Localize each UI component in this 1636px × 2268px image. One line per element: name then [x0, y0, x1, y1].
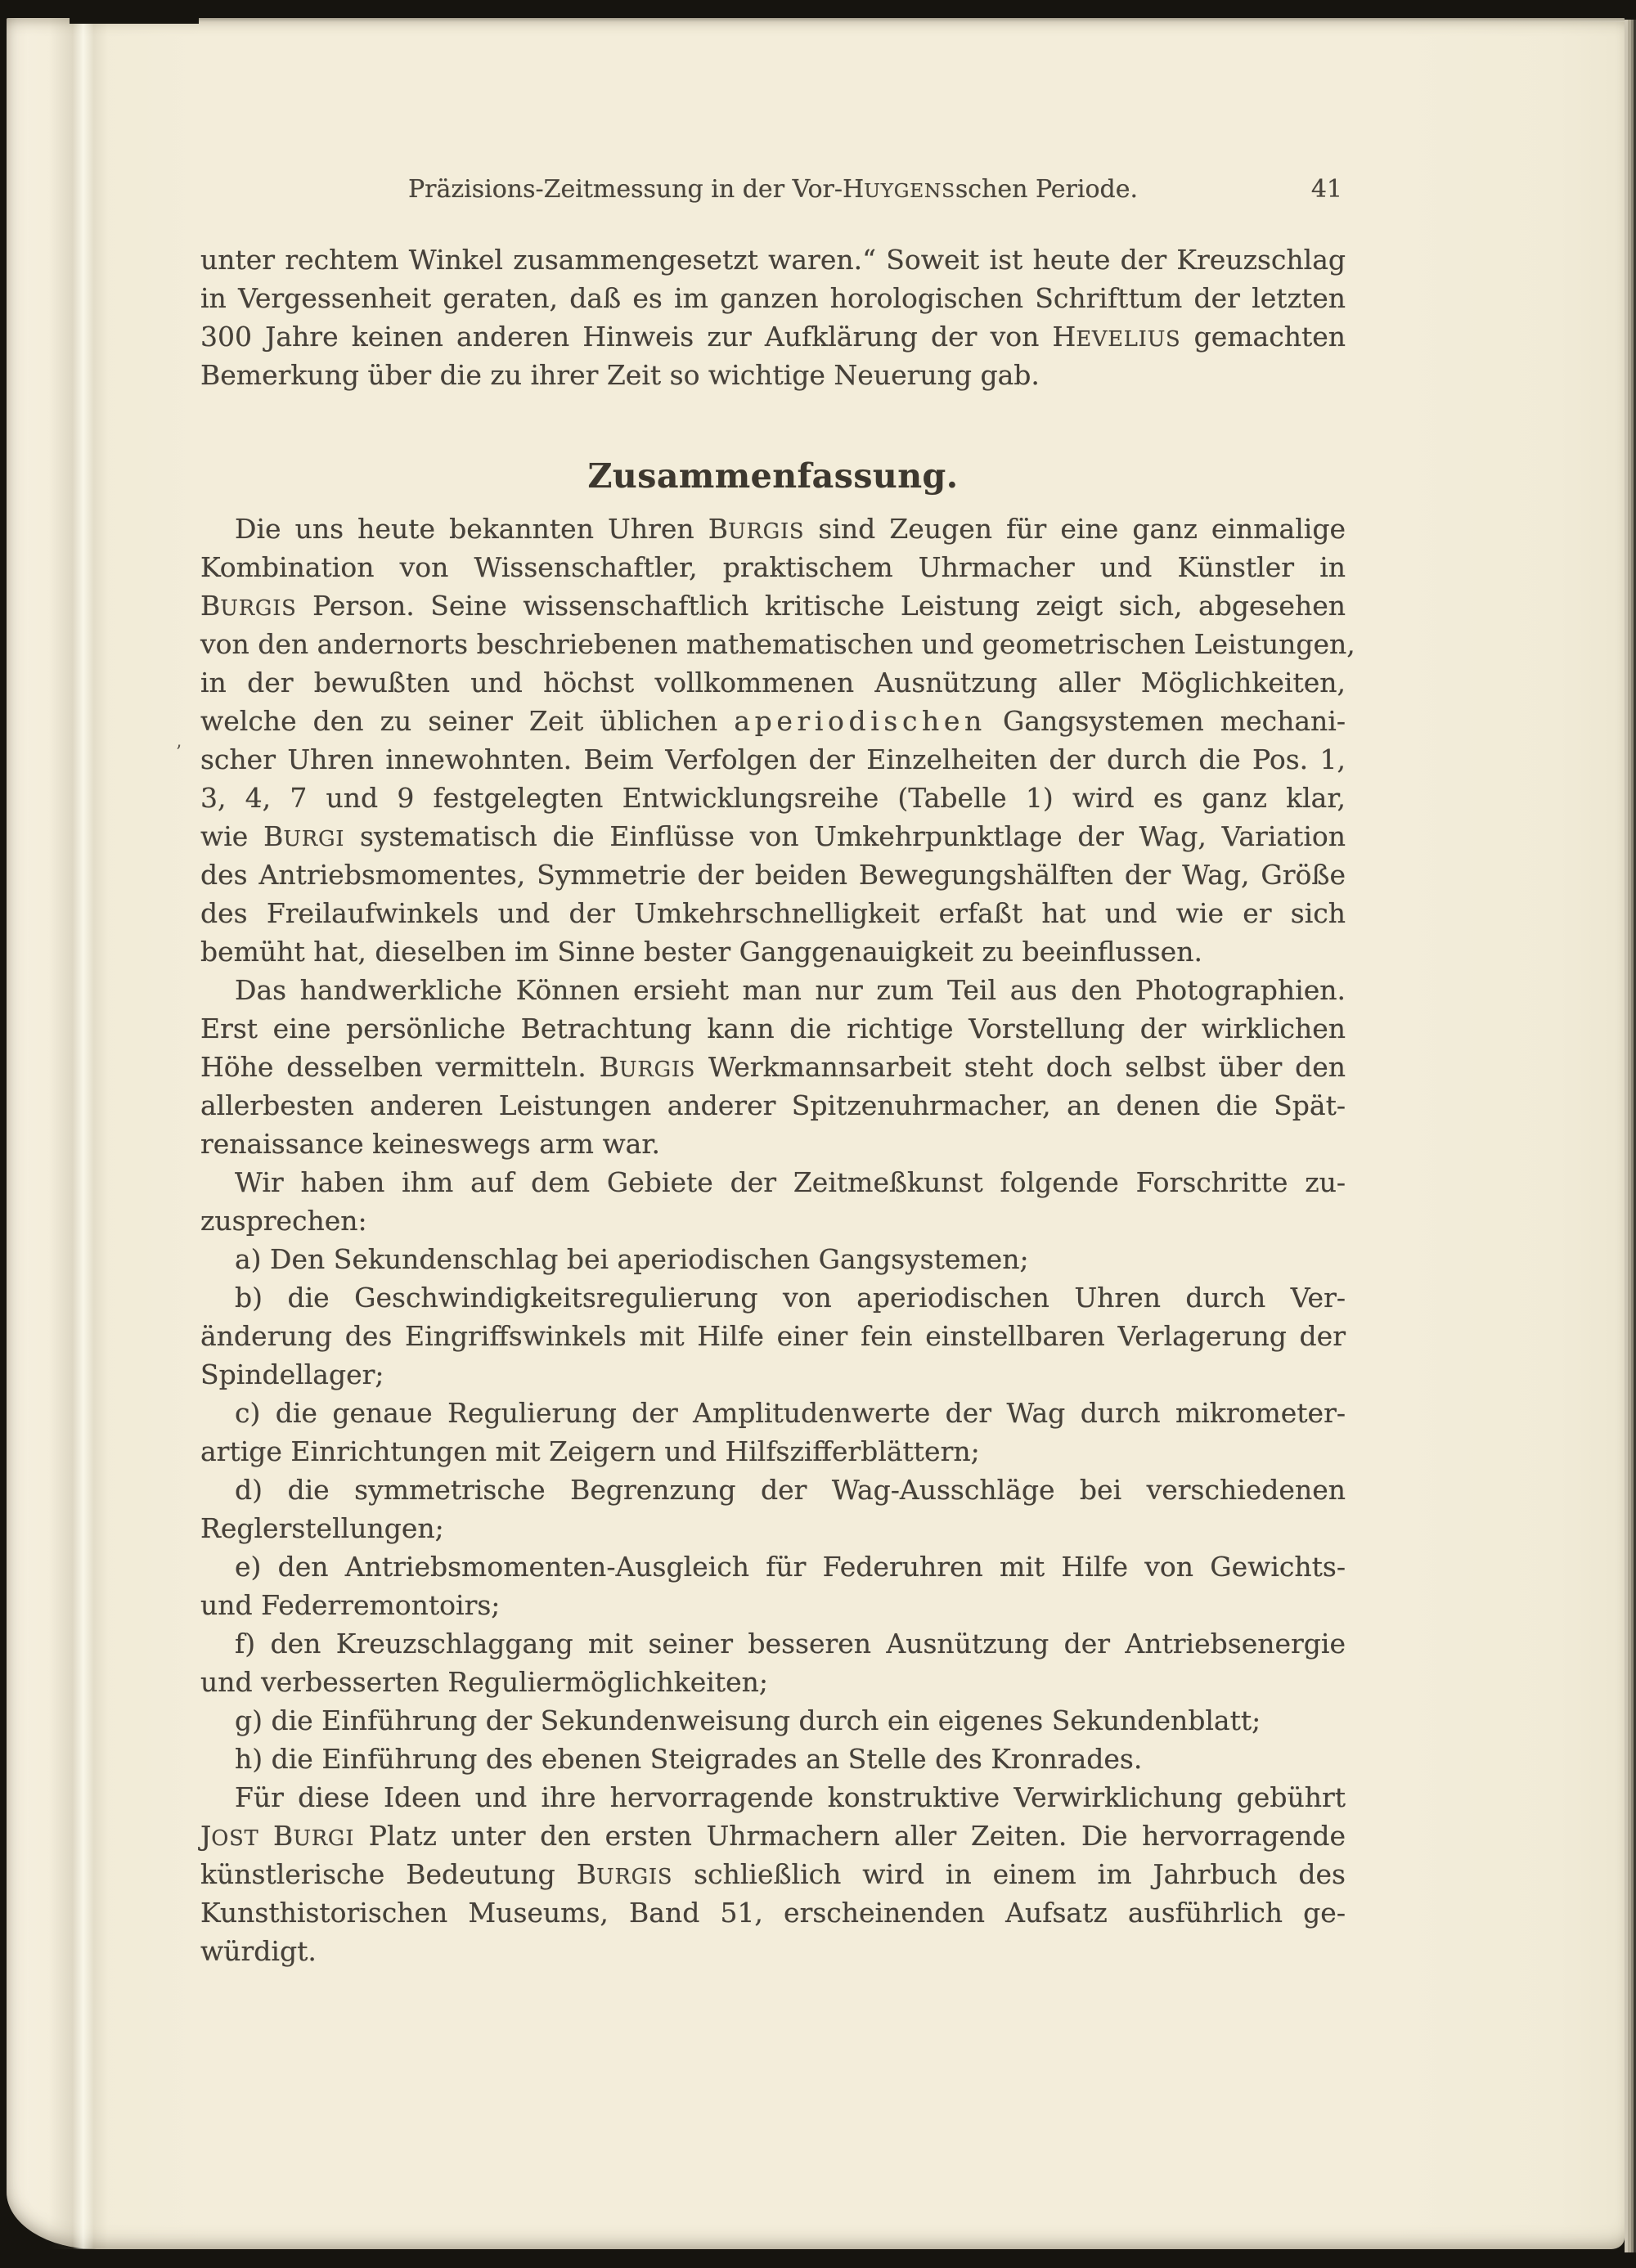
scan-top-bar-notch — [70, 0, 199, 24]
text-line: a) Den Sekundenschlag bei aperiodischen … — [200, 1240, 1346, 1278]
text-line: änderung des Eingriffswinkels mit Hilfe … — [200, 1317, 1346, 1355]
text-line: Reglerstellungen; — [200, 1509, 1346, 1547]
running-header-title: Präzisions-Zeitmessung in der Vor-Huygen… — [408, 175, 1138, 204]
text-line: welche den zu seiner Zeit üblichen aperi… — [200, 702, 1346, 740]
text-line: g) die Einführung der Sekundenweisung du… — [200, 1701, 1346, 1740]
page-number: 41 — [1311, 170, 1342, 209]
text-line: Kunsthistorischen Museums, Band 51, ersc… — [200, 1893, 1346, 1932]
text-line: Spindellager; — [200, 1355, 1346, 1394]
text-line: Höhe desselben vermitteln. Burgis Werkma… — [200, 1048, 1346, 1086]
closing-paragraph: Für diese Ideen und ihre hervorragende k… — [200, 1778, 1346, 1970]
letterspaced-word: aperiodischen — [734, 705, 987, 737]
text-line: und Federremontoirs; — [200, 1586, 1346, 1624]
small-caps-name: Jost — [200, 1820, 258, 1852]
text-line: würdigt. — [200, 1932, 1346, 1970]
text-line: künstlerische Bedeutung Burgis schließli… — [200, 1855, 1346, 1893]
stray-ink-mark: ’ — [176, 743, 182, 763]
achievement-d: d) die symmetrische Begrenzung der Wag-A… — [200, 1471, 1346, 1547]
text-line: artige Einrichtungen mit Zeigern und Hil… — [200, 1432, 1346, 1471]
text-line: Das handwerkliche Können ersieht man nur… — [200, 971, 1346, 1009]
text-line: Erst eine persönliche Betrachtung kann d… — [200, 1009, 1346, 1048]
continuation-paragraph: unter rechtem Winkel zusammengesetzt war… — [200, 240, 1346, 394]
text-line: Für diese Ideen und ihre hervorragende k… — [200, 1778, 1346, 1817]
text-line: Wir haben ihm auf dem Gebiete der Zeitme… — [200, 1163, 1346, 1201]
small-caps-name: Burgis — [577, 1858, 673, 1890]
text-line: e) den Antriebsmomenten-Ausgleich für Fe… — [200, 1547, 1346, 1586]
text-line: wie Burgi systematisch die Einflüsse von… — [200, 817, 1346, 856]
section-heading: Zusammenfassung. — [200, 456, 1346, 496]
text-line: in der bewußten und höchst vollkommenen … — [200, 663, 1346, 702]
achievement-e: e) den Antriebsmomenten-Ausgleich für Fe… — [200, 1547, 1346, 1624]
text-line: d) die symmetrische Begrenzung der Wag-A… — [200, 1471, 1346, 1509]
text-line: renaissance keineswegs arm war. — [200, 1125, 1346, 1163]
achievement-f: f) den Kreuzschlaggang mit seiner besser… — [200, 1624, 1346, 1701]
achievement-b: b) die Geschwindigkeitsregulierung von a… — [200, 1278, 1346, 1394]
body-text: unter rechtem Winkel zusammengesetzt war… — [200, 240, 1346, 1970]
text-line: und verbesserten Reguliermöglichkeiten; — [200, 1663, 1346, 1701]
achievements-intro: Wir haben ihm auf dem Gebiete der Zeitme… — [200, 1163, 1346, 1240]
text-line: Burgis Person. Seine wissenschaftlich kr… — [200, 586, 1346, 625]
small-caps-name: Hevelius — [1053, 321, 1181, 353]
running-header: Präzisions-Zeitmessung in der Vor-Huygen… — [200, 170, 1346, 209]
book-scan: Präzisions-Zeitmessung in der Vor-Huygen… — [0, 0, 1636, 2268]
text-line: Die uns heute bekannten Uhren Burgis sin… — [200, 510, 1346, 548]
text-line: h) die Einführung des ebenen Steigrades … — [200, 1740, 1346, 1778]
book-page: Präzisions-Zeitmessung in der Vor-Huygen… — [7, 18, 1625, 2249]
achievement-a: a) Den Sekundenschlag bei aperiodischen … — [200, 1240, 1346, 1278]
text-line: Jost Burgi Platz unter den ersten Uhrmac… — [200, 1817, 1346, 1855]
small-caps-name: Burgis — [200, 590, 297, 622]
text-line: f) den Kreuzschlaggang mit seiner besser… — [200, 1624, 1346, 1663]
achievement-c: c) die genaue Regulierung der Amplituden… — [200, 1394, 1346, 1471]
small-caps-name: Burgis — [600, 1051, 696, 1083]
small-caps-name: Burgis — [708, 513, 805, 545]
text-line: c) die genaue Regulierung der Amplituden… — [200, 1394, 1346, 1432]
text-line: des Antriebsmomentes, Symmetrie der beid… — [200, 856, 1346, 894]
text-line: Bemerkung über die zu ihrer Zeit so wich… — [200, 356, 1346, 394]
summary-paragraph-1: Die uns heute bekannten Uhren Burgis sin… — [200, 510, 1346, 971]
small-caps-name: Huygens — [843, 175, 955, 204]
achievement-g: g) die Einführung der Sekundenweisung du… — [200, 1701, 1346, 1740]
summary-paragraph-2: Das handwerkliche Können ersieht man nur… — [200, 971, 1346, 1163]
text-line: zusprechen: — [200, 1201, 1346, 1240]
text-line: des Freilaufwinkels und der Umkehrschnel… — [200, 894, 1346, 932]
text-line: b) die Geschwindigkeitsregulierung von a… — [200, 1278, 1346, 1317]
text-line: 3, 4, 7 und 9 festgelegten Entwicklungsr… — [200, 779, 1346, 817]
text-line: von den andernorts beschriebenen mathema… — [200, 625, 1346, 663]
text-line: 300 Jahre keinen anderen Hinweis zur Auf… — [200, 317, 1346, 356]
page-edge-stack — [1625, 20, 1636, 2252]
achievement-h: h) die Einführung des ebenen Steigrades … — [200, 1740, 1346, 1778]
text-line: allerbesten anderen Leistungen anderer S… — [200, 1086, 1346, 1125]
text-line: unter rechtem Winkel zusammengesetzt war… — [200, 240, 1346, 279]
text-line: Kombination von Wissenschaftler, praktis… — [200, 548, 1346, 586]
small-caps-name: Burgi — [263, 820, 344, 852]
small-caps-name: Burgi — [273, 1820, 354, 1852]
text-block: Präzisions-Zeitmessung in der Vor-Huygen… — [200, 170, 1346, 1970]
text-line: in Vergessenheit geraten, daß es im ganz… — [200, 279, 1346, 317]
page-top-edge — [129, 18, 1625, 22]
page-gutter-crease — [49, 18, 108, 2249]
text-line: scher Uhren innewohnten. Beim Verfolgen … — [200, 740, 1346, 779]
text-line: bemüht hat, dieselben im Sinne bester Ga… — [200, 932, 1346, 971]
